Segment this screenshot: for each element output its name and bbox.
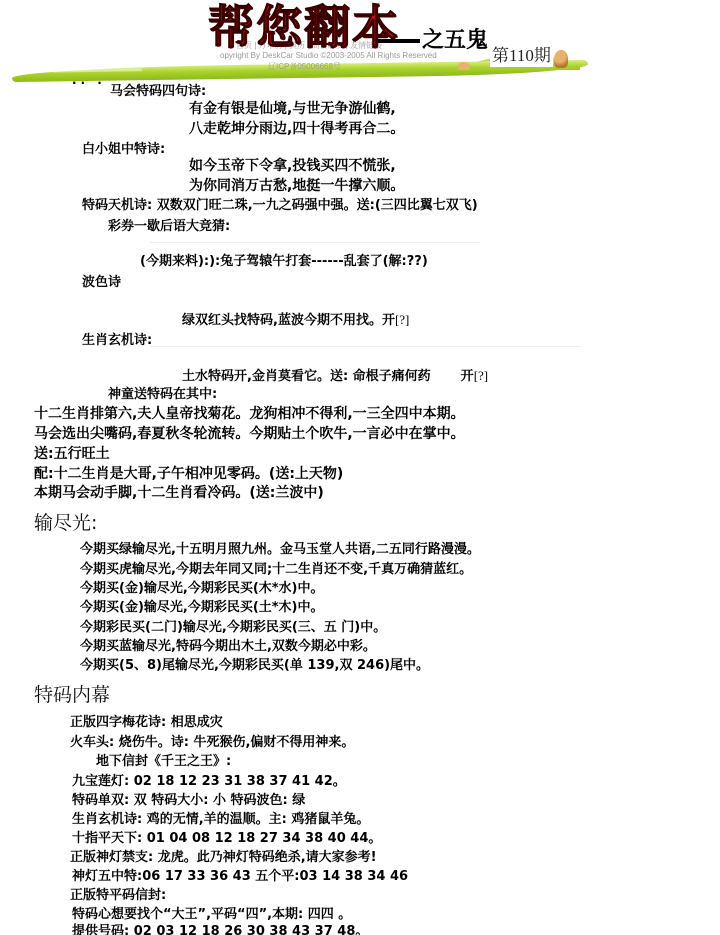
mahui-poem-line-2: 八走乾坤分雨边,四十得考再合二。 <box>189 118 404 138</box>
inside-line-9: 神灯五中特:06 17 33 36 43 五个平:03 14 38 34 46 <box>72 865 408 884</box>
lose-all-line-4: 今期买(金)输尽光,今期彩民买(土*木)中。 <box>80 596 324 615</box>
lose-all-line-5: 今期彩民买(二门)输尽光,今期彩民买(三、五 门)中。 <box>80 616 386 635</box>
inside-line-8: 正版神灯禁支: 龙虎。此乃神灯特码绝杀,请大家参考! <box>70 846 377 865</box>
inside-line-6: 生肖玄机诗: 鸡的无情,羊的温顺。主: 鸡猪鼠羊兔。 <box>72 808 369 827</box>
bai-poem-line-2: 为你同消万古愁,地挺一牛撑六顺。 <box>189 175 404 195</box>
inside-line-12: 提供号码: 02 03 12 18 26 30 38 43 37 48。 <box>72 920 368 935</box>
shentong-line-3: 送:五行旺土 <box>34 443 110 463</box>
bai-poem-line-1: 如今玉帝下令拿,投钱买四不慌张, <box>189 155 396 175</box>
lose-all-line-3: 今期买(金)输尽光,今期彩民买(木*水)中。 <box>80 577 324 596</box>
inside-line-7: 十指平天下: 01 04 08 12 18 27 34 38 40 44。 <box>72 827 381 846</box>
page-subtitle: 之五鬼 <box>378 26 488 56</box>
divider <box>150 346 580 347</box>
inside-line-10: 正版特平码信封: <box>70 884 166 903</box>
lose-all-line-1: 今期买绿输尽光,十五明月照九州。金马玉堂人共语,二五同行路漫漫。 <box>80 538 480 557</box>
shengxiao-poem-line: 土水特码开,金肖莫看它。送: 命根子痛何药 <box>182 369 431 384</box>
lose-all-heading: 输尽光: <box>34 508 97 535</box>
shengxiao-open-label: 开 <box>461 369 474 384</box>
subtitle-text: 之五鬼 <box>422 28 488 53</box>
bose-open-answer: [?] <box>395 312 409 327</box>
inside-line-1: 正版四字梅花诗: 相思成灾 <box>70 711 223 730</box>
divider <box>150 242 480 243</box>
shentong-line-5: 本期马会动手脚,十二生肖看冷码。(送:兰波中) <box>34 482 324 502</box>
shengxiao-poem-label: 生肖玄机诗: <box>82 329 152 348</box>
inside-line-4: 九宝莲灯: 02 18 12 23 31 38 37 41 42。 <box>72 770 346 789</box>
caiquan-label: 彩券一歇后语大竞猜: <box>108 215 230 234</box>
lose-all-line-6: 今期买蓝输尽光,特码今期出木土,双数今期必中彩。 <box>80 635 376 654</box>
mahui-poem-line-1: 有金有银是仙境,与世无争游仙鹤, <box>189 98 396 118</box>
caiquan-riddle: (今期来料):):兔子驾辕午打套------乱套了(解:??) <box>140 250 428 269</box>
inside-line-5: 特码单双: 双 特码大小: 小 特码波色: 绿 <box>72 789 305 808</box>
shentong-line-1: 十二生肖排第六,夫人皇帝找菊花。龙狗相冲不得利,一三全四中本期。 <box>34 403 465 423</box>
tianji-poem: 特码天机诗: 双数双门旺二珠,一九之码强中强。送:(三四比翼七双飞) <box>82 194 478 213</box>
shengxiao-poem-text: 土水特码开,金肖莫看它。送: 命根子痛何药开[?] <box>182 365 488 384</box>
inside-line-2: 火车头: 烧伤牛。诗: 牛死猴伤,偏财不得用神来。 <box>70 731 354 750</box>
issue-number: 第110期 <box>490 45 553 67</box>
shengxiao-open-answer: [?] <box>474 368 488 383</box>
mascot-figure-icon <box>554 50 568 68</box>
bai-poem-label: 白小姐中特诗: <box>82 138 165 157</box>
shentong-label: 神童送特码在其中: <box>108 383 217 402</box>
shentong-line-2: 马会选出尖嘴码,春夏秋冬轮流转。今期贴土个吹牛,一言必中在掌中。 <box>34 423 465 443</box>
bose-poem-line: 绿双红头找特码,蓝波今期不用找。开 <box>182 313 395 328</box>
page-title: 帮您翻本 <box>208 0 400 54</box>
lose-all-line-2: 今期买虎输尽光,今期去年同又同;十二生肖还不变,千真万确猜蓝红。 <box>80 558 472 577</box>
inside-line-3: 地下信封《千王之王》: <box>96 750 231 769</box>
bose-poem-text: 绿双红头找特码,蓝波今期不用找。开[?] <box>182 309 409 328</box>
lose-all-line-7: 今期买(5、8)尾输尽光,今期彩民买(单 139,双 246)尾中。 <box>80 654 429 673</box>
mascot-small-icon <box>458 62 470 70</box>
shentong-line-4: 配:十二生肖是大哥,子午相冲见零码。(送:上天物) <box>34 463 343 483</box>
bullet-dots: ·· · <box>72 76 106 90</box>
mahui-poem-label: 马会特码四句诗: <box>110 80 206 99</box>
bose-poem-label: 波色诗 <box>82 271 121 290</box>
title-dash <box>378 39 420 43</box>
inside-heading: 特码内幕 <box>34 680 110 707</box>
watermark-line-3: 辽ICP备05006668号 <box>268 61 341 72</box>
